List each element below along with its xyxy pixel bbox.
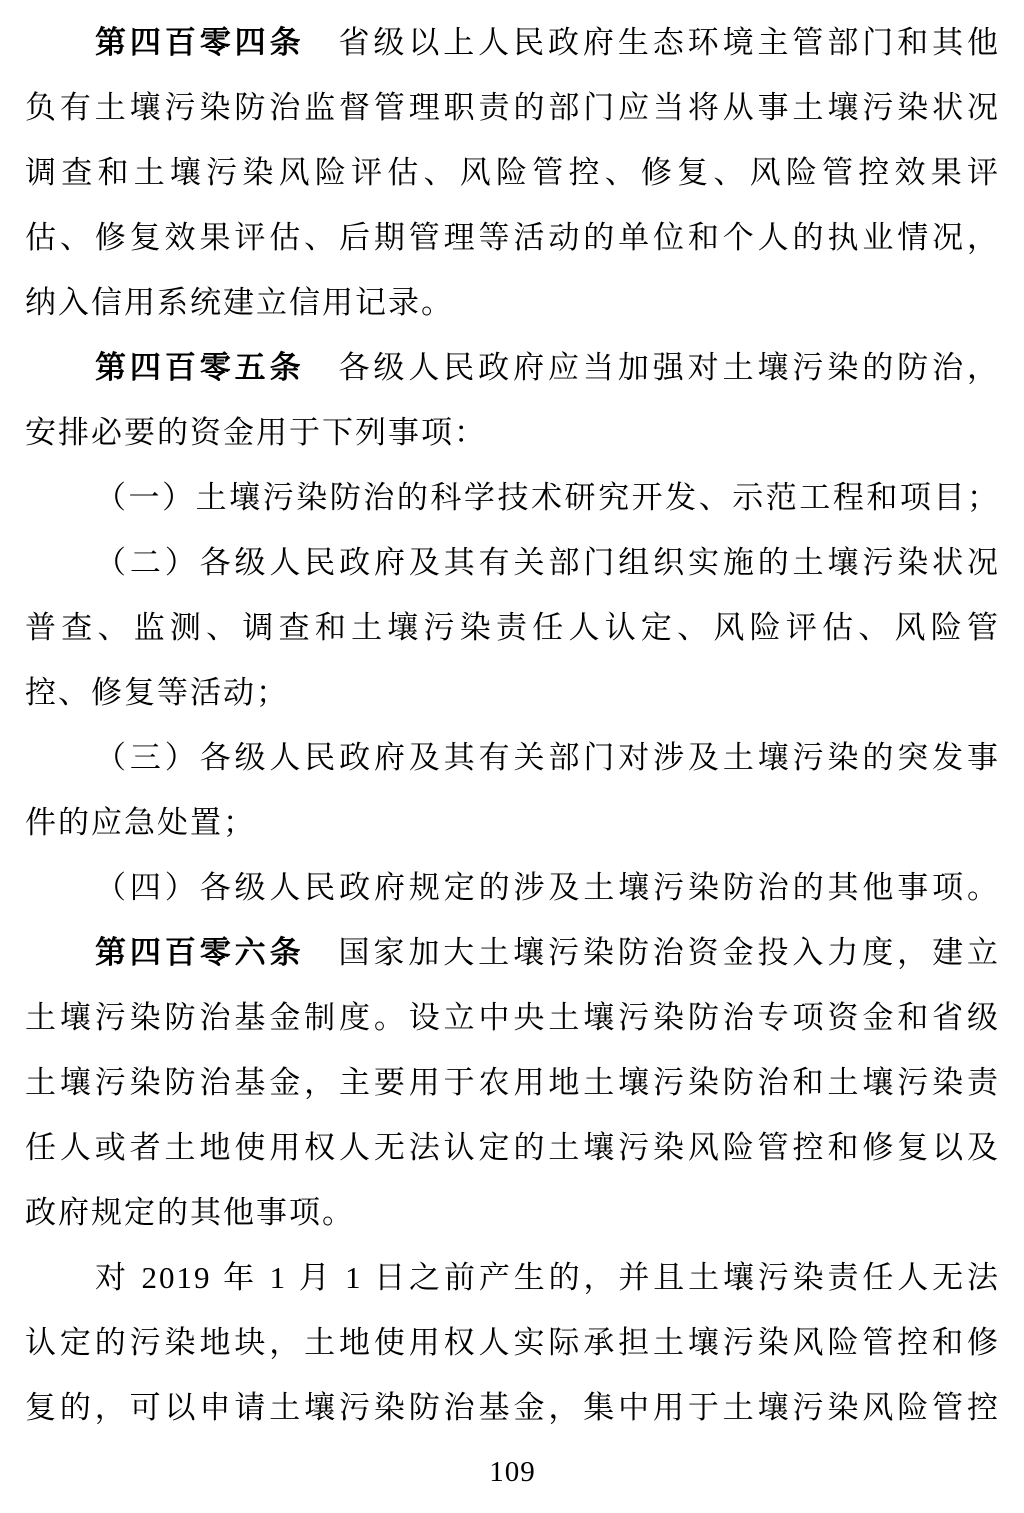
article-number: 第四百零四条 bbox=[95, 25, 305, 60]
list-item-paragraph: （一）土壤污染防治的科学技术研究开发、示范工程和项目； bbox=[25, 465, 1000, 530]
article-paragraph: 第四百零六条国家加大土壤污染防治资金投入力度，建立土壤污染防治基金制度。设立中央… bbox=[25, 920, 1000, 1245]
page-number: 109 bbox=[489, 1456, 536, 1488]
list-item-paragraph: （四）各级人民政府规定的涉及土壤污染防治的其他事项。 bbox=[25, 855, 1000, 920]
text-line: （一）土壤污染防治的科学技术研究开发、示范工程和项目； bbox=[25, 465, 1000, 530]
text-line: 调查和土壤污染风险评估、风险管控、修复、风险管控效果评 bbox=[25, 140, 1000, 205]
text-line: 第四百零六条国家加大土壤污染防治资金投入力度，建立 bbox=[25, 920, 1000, 985]
text-line: 件的应急处置； bbox=[25, 790, 1000, 855]
text-line: 土壤污染防治基金制度。设立中央土壤污染防治专项资金和省级 bbox=[25, 985, 1000, 1050]
text-line: （二）各级人民政府及其有关部门组织实施的土壤污染状况 bbox=[25, 530, 1000, 595]
article-paragraph: 第四百零四条省级以上人民政府生态环境主管部门和其他负有土壤污染防治监督管理职责的… bbox=[25, 10, 1000, 335]
line-text: 各级人民政府应当加强对土壤污染的防治， bbox=[339, 350, 1001, 385]
text-line: 任人或者土地使用权人无法认定的土壤污染风险管控和修复以及 bbox=[25, 1115, 1000, 1180]
text-line: 第四百零五条各级人民政府应当加强对土壤污染的防治， bbox=[25, 335, 1000, 400]
text-line: 第四百零四条省级以上人民政府生态环境主管部门和其他 bbox=[25, 10, 1000, 75]
text-line: 认定的污染地块，土地使用权人实际承担土壤污染风险管控和修 bbox=[25, 1310, 1000, 1375]
line-text: 省级以上人民政府生态环境主管部门和其他 bbox=[339, 25, 1001, 60]
text-line: 估、修复效果评估、后期管理等活动的单位和个人的执业情况， bbox=[25, 205, 1000, 270]
list-item-paragraph: （二）各级人民政府及其有关部门组织实施的土壤污染状况普查、监测、调查和土壤污染责… bbox=[25, 530, 1000, 725]
article-number: 第四百零五条 bbox=[95, 350, 305, 385]
article-paragraph: 第四百零五条各级人民政府应当加强对土壤污染的防治，安排必要的资金用于下列事项： bbox=[25, 335, 1000, 465]
text-line: 普查、监测、调查和土壤污染责任人认定、风险评估、风险管 bbox=[25, 595, 1000, 660]
document-page: 第四百零四条省级以上人民政府生态环境主管部门和其他负有土壤污染防治监督管理职责的… bbox=[0, 0, 1024, 1513]
text-line: 政府规定的其他事项。 bbox=[25, 1180, 1000, 1245]
line-text: 国家加大土壤污染防治资金投入力度，建立 bbox=[339, 935, 1001, 970]
text-line: 复的，可以申请土壤污染防治基金，集中用于土壤污染风险管控 bbox=[25, 1375, 1000, 1440]
body-paragraph: 对 2019 年 1 月 1 日之前产生的，并且土壤污染责任人无法认定的污染地块… bbox=[25, 1245, 1000, 1440]
text-line: 安排必要的资金用于下列事项： bbox=[25, 400, 1000, 465]
list-item-paragraph: （三）各级人民政府及其有关部门对涉及土壤污染的突发事件的应急处置； bbox=[25, 725, 1000, 855]
text-line: 控、修复等活动； bbox=[25, 660, 1000, 725]
article-number: 第四百零六条 bbox=[95, 935, 305, 970]
text-line: 纳入信用系统建立信用记录。 bbox=[25, 270, 1000, 335]
text-line: 负有土壤污染防治监督管理职责的部门应当将从事土壤污染状况 bbox=[25, 75, 1000, 140]
text-line: 对 2019 年 1 月 1 日之前产生的，并且土壤污染责任人无法 bbox=[25, 1245, 1000, 1310]
text-line: 土壤污染防治基金，主要用于农用地土壤污染防治和土壤污染责 bbox=[25, 1050, 1000, 1115]
text-line: （四）各级人民政府规定的涉及土壤污染防治的其他事项。 bbox=[25, 855, 1000, 920]
page-footer: 109 bbox=[25, 1440, 1000, 1504]
text-line: （三）各级人民政府及其有关部门对涉及土壤污染的突发事 bbox=[25, 725, 1000, 790]
page-content: 第四百零四条省级以上人民政府生态环境主管部门和其他负有土壤污染防治监督管理职责的… bbox=[25, 10, 1000, 1440]
